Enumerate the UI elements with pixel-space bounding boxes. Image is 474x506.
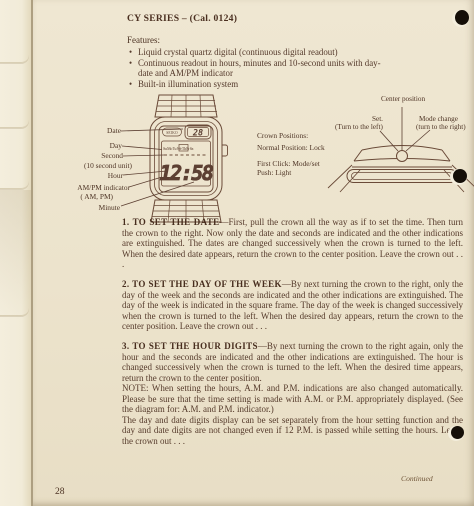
section-extra: The day and date digits display can be s… xyxy=(122,415,463,447)
label-ampm-sub: ( AM, PM) xyxy=(80,192,113,201)
section-note: NOTE: When setting the hours, A.M. and P… xyxy=(122,383,463,415)
label-set: Set. xyxy=(372,115,383,123)
lcd-date-value: 28 xyxy=(192,129,203,139)
label-mode-change-sub: (turn to the right) xyxy=(416,123,466,131)
bullet-icon: • xyxy=(129,47,138,57)
features-label: Features: xyxy=(127,35,160,45)
label-hour: Hour xyxy=(108,171,123,180)
label-set-sub: (Turn to the left) xyxy=(335,123,383,131)
page-edge-stack xyxy=(0,0,33,506)
continued-marker: Continued xyxy=(401,474,433,483)
lcd-time-value: 12:58 xyxy=(160,161,214,185)
page-edge xyxy=(0,178,29,189)
feature-text: Liquid crystal quartz digital (continuou… xyxy=(138,47,390,57)
label-day: Day xyxy=(110,141,122,150)
lcd-brand: SEIKO xyxy=(166,131,178,135)
section-set-date: 1. TO SET THE DATE—First, pull the crown… xyxy=(122,217,463,270)
section-heading: 2. TO SET THE DAY OF THE WEEK xyxy=(122,279,282,289)
crown-positions-push: Push: Light xyxy=(257,168,291,177)
section-heading: 3. TO SET THE HOUR DIGITS xyxy=(122,341,258,351)
feature-item: • Continuous readout in hours, minutes a… xyxy=(129,58,390,78)
feature-text: Continuous readout in hours, minutes and… xyxy=(138,58,390,78)
label-ampm: AM/PM indicator xyxy=(77,183,130,192)
scanned-manual-page: { "palette":{"page_bg":"#ece3cc","ink":"… xyxy=(0,0,474,506)
feature-item: • Liquid crystal quartz digital (continu… xyxy=(129,47,390,57)
label-date: Date xyxy=(107,126,121,135)
bullet-icon: • xyxy=(129,58,138,78)
binder-hole xyxy=(448,426,464,441)
page-number: 28 xyxy=(55,486,65,497)
page-edge xyxy=(0,52,29,63)
label-second: Second xyxy=(101,151,123,160)
label-center-position: Center position xyxy=(381,95,425,103)
section-set-hour: 3. TO SET THE HOUR DIGITS—By next turnin… xyxy=(122,341,463,446)
label-second-sub: (10 second unit) xyxy=(84,161,132,170)
page-edge xyxy=(0,117,29,128)
page-title: CY SERIES – (Cal. 0124) xyxy=(127,13,237,24)
binder-hole xyxy=(452,10,469,27)
page-edge-shadow xyxy=(0,190,31,320)
binder-hole xyxy=(450,169,467,185)
watch-front-diagram: SEIKO 28 Su Mo Tu We Th Fr Sa 12:58 xyxy=(55,88,270,223)
label-mode-change: Mode change xyxy=(419,115,458,123)
section-set-day: 2. TO SET THE DAY OF THE WEEK—By next tu… xyxy=(122,279,463,332)
label-minute: Minute xyxy=(99,203,120,212)
lcd-day-row: Su Mo Tu We Th Fr Sa xyxy=(163,146,194,151)
section-heading: 1. TO SET THE DATE xyxy=(122,217,220,227)
section-body-wrap: 3. TO SET THE HOUR DIGITS—By next turnin… xyxy=(122,341,463,383)
